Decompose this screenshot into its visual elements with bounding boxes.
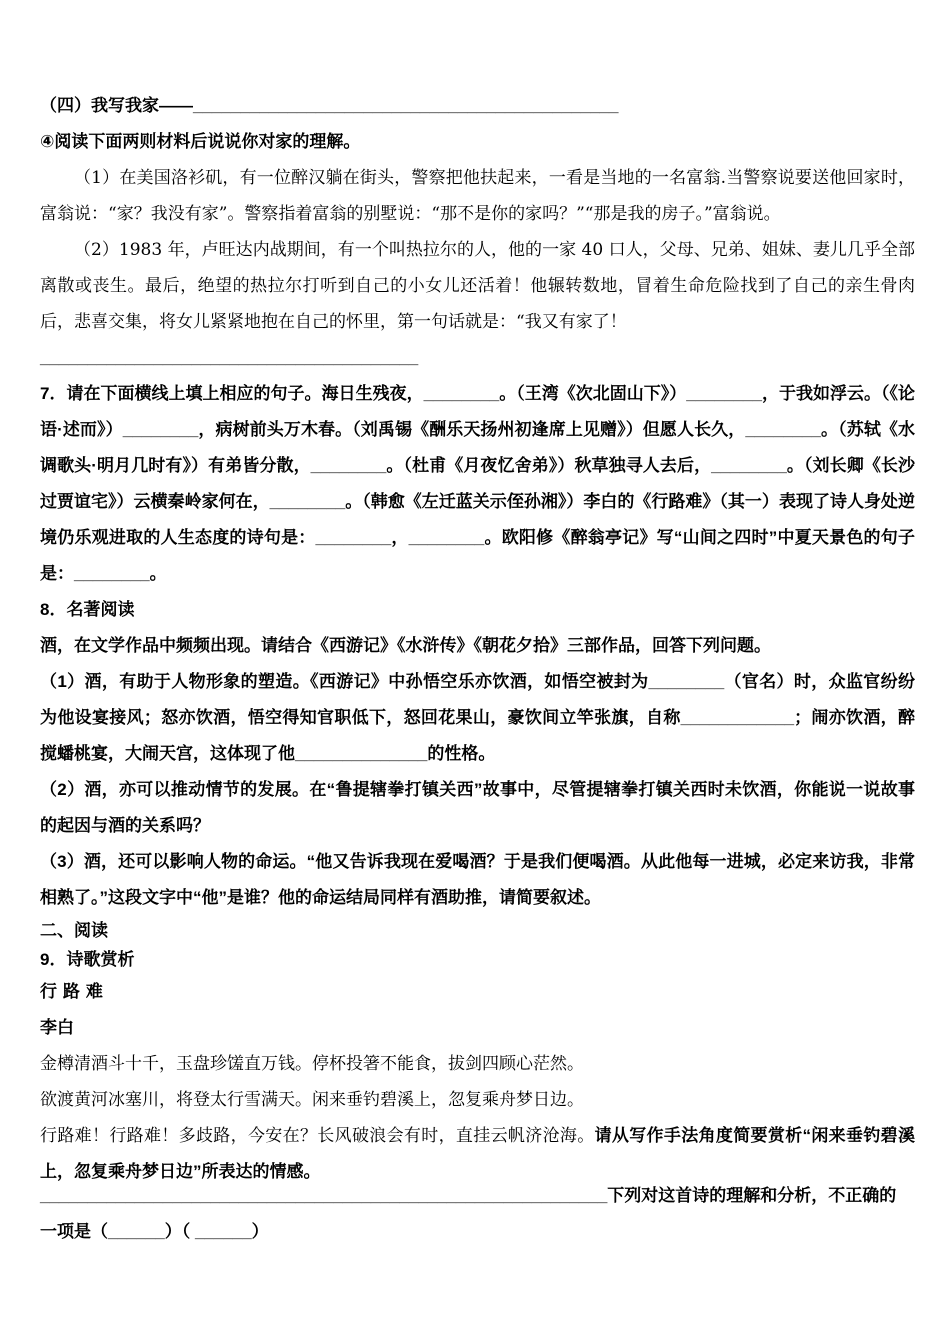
q4-intro: ④阅读下面两则材料后说说你对家的理解。: [40, 124, 915, 160]
q9-followup-text: 下列对这首诗的理解和分析，不正确的: [607, 1186, 896, 1205]
question-8-heading: 8．名著阅读: [40, 592, 915, 628]
question-7: 7．请在下面横线上填上相应的句子。海日生残夜，________。（王湾《次北固山…: [40, 376, 915, 592]
q4-material-2: （2）1983 年，卢旺达内战期间，有一个叫热拉尔的人，他的一家 40 口人，父…: [40, 232, 915, 340]
question-9-heading: 9．诗歌赏析: [40, 945, 915, 974]
q8-part-2: （2）酒，亦可以推动情节的发展。在“鲁提辖拳打镇关西”故事中，尽管提辖拳打镇关西…: [40, 772, 915, 844]
section4-title-blank: ________________________________________…: [193, 96, 618, 115]
poem-line-3: 行路难！行路难！多歧路，今安在？长风破浪会有时，直挂云帆济沧海。: [40, 1126, 595, 1146]
q4-material-1: （1）在美国洛衫矶，有一位醉汉躺在街头，警察把他扶起来，一看是当地的一名富翁.当…: [40, 160, 915, 232]
q4-answer-blank-line: ________________________________________: [40, 340, 915, 376]
poem-title: 行 路 难: [40, 974, 915, 1010]
q9-answer-blank: ________________________________________…: [40, 1186, 607, 1205]
exam-page: （四）我写我家——_______________________________…: [0, 0, 950, 1344]
poem-line-1: 金樽清酒斗十千，玉盘珍馐直万钱。停杯投箸不能食，拔剑四顾心茫然。: [40, 1046, 915, 1082]
q8-part-3: （3）酒，还可以影响人物的命运。“他又告诉我现在爱喝酒？于是我们便喝酒。从此他每…: [40, 844, 915, 916]
section2-heading: 二、阅读: [40, 916, 915, 945]
section4-heading: （四）我写我家——_______________________________…: [40, 88, 915, 124]
poem-line-2: 欲渡黄河冰塞川，将登太行雪满天。闲来垂钓碧溪上，忽复乘舟梦日边。: [40, 1082, 915, 1118]
poem-author: 李白: [40, 1010, 915, 1046]
q9-choice-line: 一项是（______）（ ______）: [40, 1214, 915, 1250]
q8-intro: 酒，在文学作品中频频出现。请结合《西游记》《水浒传》《朝花夕拾》三部作品，回答下…: [40, 628, 915, 664]
section4-title: （四）我写我家——: [40, 96, 193, 115]
q8-part-1: （1）酒，有助于人物形象的塑造。《西游记》中孙悟空乐亦饮酒，如悟空被封为____…: [40, 664, 915, 772]
q9-answer-line: ________________________________________…: [40, 1178, 915, 1214]
